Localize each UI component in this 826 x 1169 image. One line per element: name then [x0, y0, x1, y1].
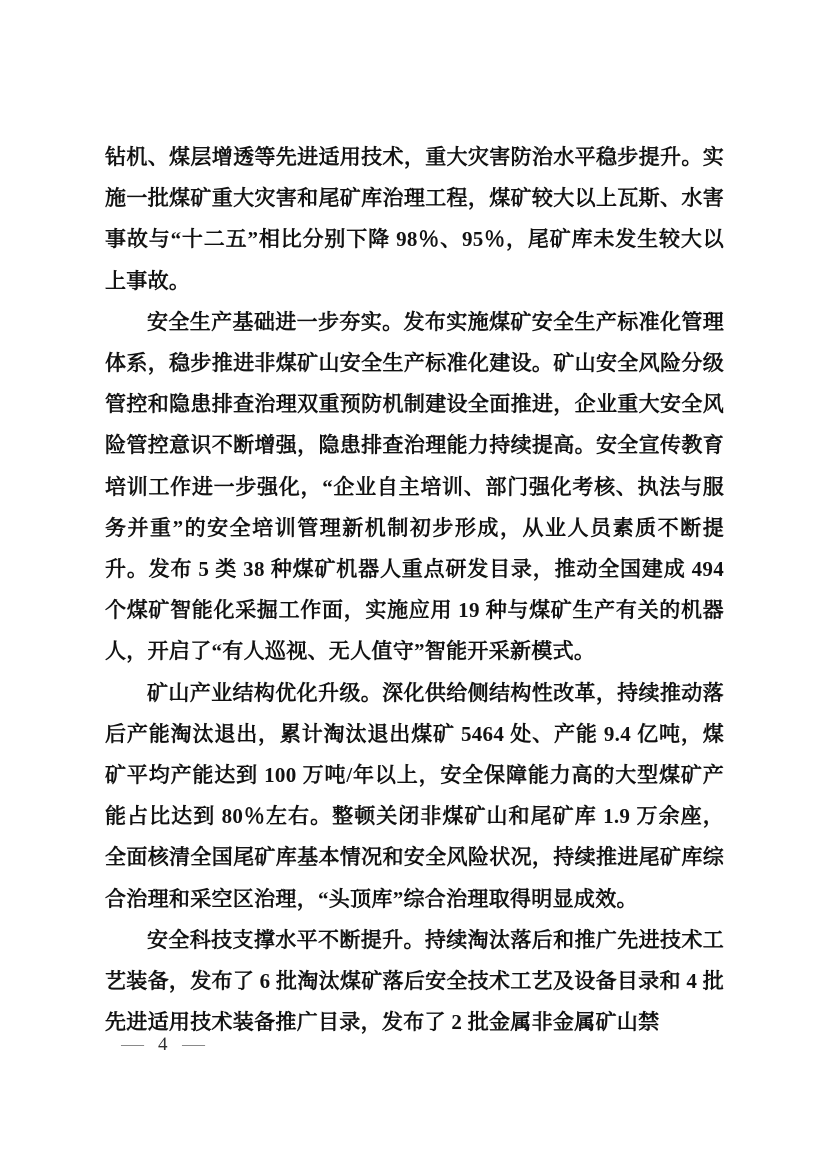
- paragraph: 安全科技支撑水平不断提升。持续淘汰落后和推广先进技术工艺装备，发布了 6 批淘汰…: [105, 920, 724, 1044]
- document-page: 钻机、煤层增透等先进适用技术，重大灾害防治水平稳步提升。实施一批煤矿重大灾害和尾…: [0, 0, 826, 1169]
- page-footer: — 4 —: [123, 1034, 203, 1056]
- paragraph: 安全生产基础进一步夯实。发布实施煤矿安全生产标准化管理体系，稳步推进非煤矿山安全…: [105, 302, 724, 673]
- paragraph-text: 发布实施煤矿安全生产标准化管理体系，稳步推进非煤矿山安全生产标准化建设。矿山安全…: [105, 310, 724, 664]
- paragraph-lead: 安全生产基础进一步夯实。: [147, 311, 403, 334]
- paragraph-lead: 安全科技支撑水平不断提升。: [147, 929, 425, 952]
- footer-dash-right: —: [182, 1034, 205, 1056]
- document-body: 钻机、煤层增透等先进适用技术，重大灾害防治水平稳步提升。实施一批煤矿重大灾害和尾…: [105, 137, 724, 1043]
- paragraph: 钻机、煤层增透等先进适用技术，重大灾害防治水平稳步提升。实施一批煤矿重大灾害和尾…: [105, 137, 724, 302]
- paragraph-lead: 矿山产业结构优化升级。: [147, 682, 382, 705]
- paragraph-text: 深化供给侧结构性改革，持续推动落后产能淘汰退出，累计淘汰退出煤矿 5464 处、…: [105, 681, 724, 911]
- paragraph-text: 钻机、煤层增透等先进适用技术，重大灾害防治水平稳步提升。实施一批煤矿重大灾害和尾…: [105, 145, 724, 293]
- footer-dash-left: —: [121, 1034, 144, 1056]
- paragraph: 矿山产业结构优化升级。深化供给侧结构性改革，持续推动落后产能淘汰退出，累计淘汰退…: [105, 673, 724, 920]
- page-number: 4: [158, 1034, 168, 1056]
